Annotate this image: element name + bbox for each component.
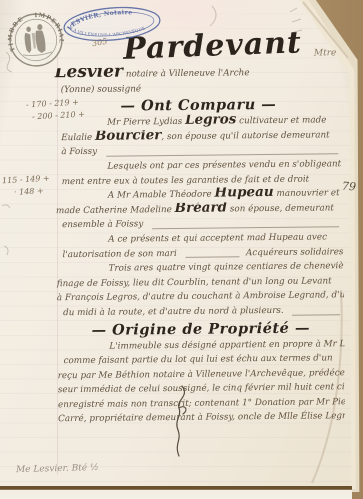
text-run: — Origine de Propriété — <box>91 318 310 339</box>
name-emphasis: Lesvier <box>55 72 123 73</box>
text-run: à François Legros, d'autre du couchant à… <box>57 289 344 307</box>
name-emphasis: Bréard <box>175 207 227 208</box>
doc-line: à François Legros, d'autre du couchant à… <box>57 289 344 307</box>
name-emphasis: Bourcier <box>95 135 161 136</box>
text-run: à Foissy <box>61 145 100 160</box>
text-run: A Mr Amable Théodore <box>108 188 215 204</box>
text-run: l'autorisation de son mari <box>62 246 179 262</box>
imperial-tax-stamp: TIMBRE IMPERIAL <box>5 8 67 72</box>
name-emphasis: Legros <box>185 120 236 121</box>
margin-note: · 148 + <box>14 186 44 197</box>
text-run: manouvrier et <box>274 186 340 201</box>
document-lines: Lesvier notaire à Villeneuve l'Arche(Yon… <box>54 65 345 427</box>
filler-rule <box>152 225 339 229</box>
text-run: made Catherine Madeline <box>56 203 175 219</box>
name-emphasis: Hupeau <box>215 192 274 193</box>
text-run: Acquéreurs solidaires <box>243 245 343 261</box>
text-run: , son épouse qu'il autorise demeurant <box>161 128 329 144</box>
scanned-document-page: TIMBRE IMPERIAL LESVIER, Notaire A VILLE… <box>0 0 363 499</box>
scan-edge-artifact <box>0 486 352 499</box>
page-edge-number: 79 <box>342 180 357 194</box>
filler-rule <box>106 152 338 156</box>
deed-title-side-note: Mtre <box>314 48 337 58</box>
text-run: notaire à Villeneuve l'Arche <box>123 66 250 82</box>
doc-line: Eulalie Bourcier, son épouse qu'il autor… <box>55 128 342 146</box>
text-run: Mr Pierre Lydias <box>107 115 185 130</box>
text-run: — Ont Comparu — <box>120 95 276 116</box>
filler-rule <box>186 255 240 258</box>
text-run: son épouse, demeurant <box>227 201 334 217</box>
paraph-flourish <box>152 384 212 460</box>
text-run: Eulalie <box>61 131 95 146</box>
text-run: (Yonne) soussigné <box>61 82 142 97</box>
text-run: ensemble à Foissy <box>62 218 146 233</box>
filler-rule <box>293 313 341 315</box>
text-run: cultivateur et made <box>236 114 326 130</box>
doc-line: made Catherine Madeline Bréard son épous… <box>56 201 343 219</box>
